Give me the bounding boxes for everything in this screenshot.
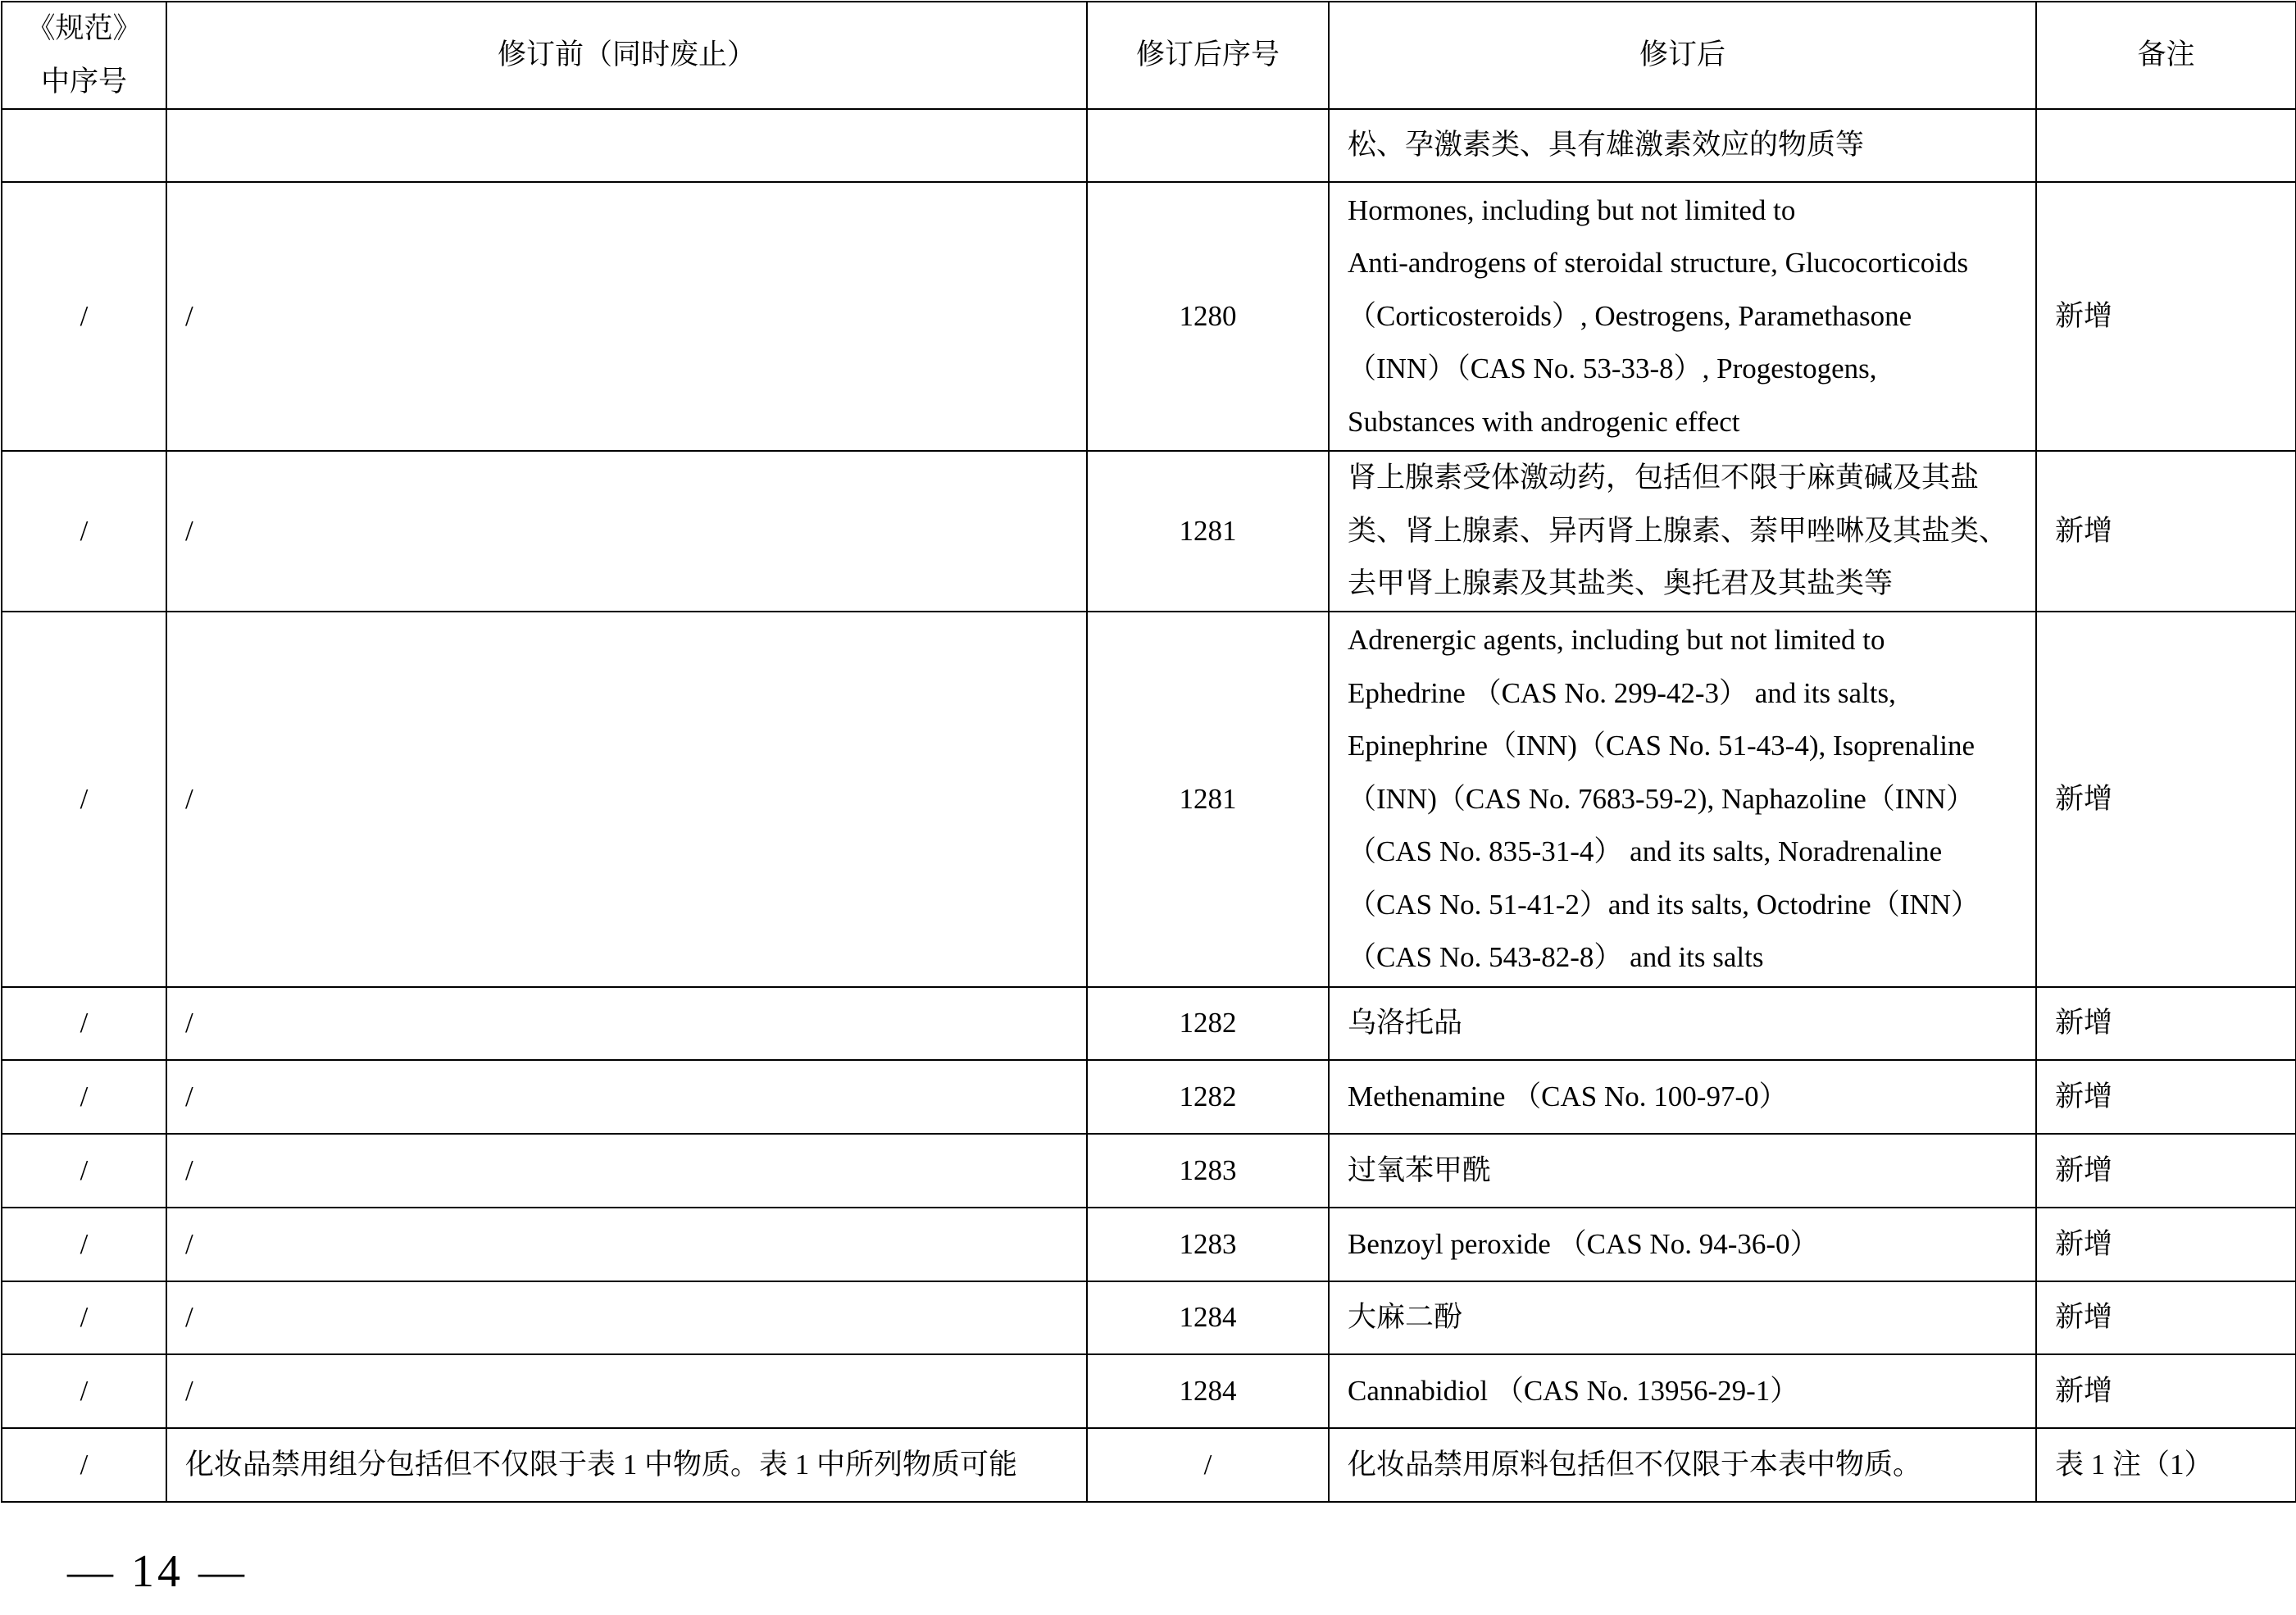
cell-after-line: 去甲肾上腺素及其盐类、奥托君及其盐类等	[1348, 557, 2017, 611]
cell-after-line: 乌洛托品	[1348, 997, 2017, 1050]
cell-new-no: 1282	[1087, 1060, 1329, 1134]
cell-orig-no: /	[2, 987, 166, 1060]
table-row: //1282乌洛托品新增	[2, 987, 2296, 1060]
cell-new-no: 1282	[1087, 987, 1329, 1060]
cell-note: 新增	[2036, 612, 2296, 987]
header-orig-no-line1: 《规范》	[20, 2, 148, 56]
cell-new-no: 1283	[1087, 1208, 1329, 1281]
cell-after-line: （CAS No. 51-41-2）and its salts, Octodrin…	[1348, 879, 2017, 932]
cell-after-line: 类、肾上腺素、异丙肾上腺素、萘甲唑啉及其盐类、	[1348, 505, 2017, 558]
cell-before: /	[166, 1208, 1087, 1281]
cell-note: 新增	[2036, 1134, 2296, 1208]
cell-new-no: 1281	[1087, 612, 1329, 987]
cell-note: 表 1 注（1）	[2036, 1428, 2296, 1502]
cell-orig-no: /	[2, 612, 166, 987]
cell-after-line: Ephedrine （CAS No. 299-42-3） and its sal…	[1348, 667, 2017, 721]
cell-note	[2036, 109, 2296, 182]
table-row: //1281Adrenergic agents, including but n…	[2, 612, 2296, 987]
table-row: //1283过氧苯甲酰新增	[2, 1134, 2296, 1208]
cell-after: Adrenergic agents, including but not lim…	[1329, 612, 2036, 987]
cell-before: /	[166, 451, 1087, 612]
cell-after-line: 肾上腺素受体激动药，包括但不限于麻黄碱及其盐	[1348, 452, 2017, 505]
table-header-row: 《规范》 中序号 修订前（同时废止） 修订后序号 修订后 备注	[2, 2, 2296, 109]
cell-after-line: 松、孕激素类、具有雄激素效应的物质等	[1348, 119, 2017, 172]
cell-after: 松、孕激素类、具有雄激素效应的物质等	[1329, 109, 2036, 182]
cell-new-no	[1087, 109, 1329, 182]
table-row: //1284大麻二酚新增	[2, 1281, 2296, 1354]
cell-after-line: 化妆品禁用原料包括但不仅限于本表中物质。	[1348, 1439, 2017, 1492]
cell-after-line: 过氧苯甲酰	[1348, 1144, 2017, 1198]
cell-new-no: 1284	[1087, 1354, 1329, 1428]
cell-note: 新增	[2036, 1208, 2296, 1281]
page-number: — 14 —	[67, 1545, 248, 1598]
cell-before: /	[166, 612, 1087, 987]
table-body: 松、孕激素类、具有雄激素效应的物质等//1280Hormones, includ…	[2, 109, 2296, 1502]
cell-after-line: （CAS No. 543-82-8） and its salts	[1348, 931, 2017, 985]
table-row: //1283Benzoyl peroxide （CAS No. 94-36-0）…	[2, 1208, 2296, 1281]
cell-before: /	[166, 1134, 1087, 1208]
cell-after-line: Adrenergic agents, including but not lim…	[1348, 614, 2017, 667]
cell-after-line: Substances with androgenic effect	[1348, 396, 2017, 449]
table-row: //1281肾上腺素受体激动药，包括但不限于麻黄碱及其盐类、肾上腺素、异丙肾上腺…	[2, 451, 2296, 612]
cell-after: 乌洛托品	[1329, 987, 2036, 1060]
cell-orig-no	[2, 109, 166, 182]
cell-after: Hormones, including but not limited toAn…	[1329, 182, 2036, 451]
table-row: //1282Methenamine （CAS No. 100-97-0）新增	[2, 1060, 2296, 1134]
cell-orig-no: /	[2, 1281, 166, 1354]
cell-new-no: 1280	[1087, 182, 1329, 451]
cell-orig-no: /	[2, 1134, 166, 1208]
cell-note: 新增	[2036, 1060, 2296, 1134]
header-note: 备注	[2036, 2, 2296, 109]
cell-after: 过氧苯甲酰	[1329, 1134, 2036, 1208]
cell-before: /	[166, 182, 1087, 451]
cell-after-line: （INN）（CAS No. 53-33-8）, Progestogens,	[1348, 343, 2017, 396]
cell-note: 新增	[2036, 1354, 2296, 1428]
cell-before: /	[166, 1060, 1087, 1134]
cell-orig-no: /	[2, 451, 166, 612]
cell-note: 新增	[2036, 1281, 2296, 1354]
cell-new-no: 1281	[1087, 451, 1329, 612]
cell-before: /	[166, 1281, 1087, 1354]
cell-after-line: 大麻二酚	[1348, 1291, 2017, 1344]
header-new-no: 修订后序号	[1087, 2, 1329, 109]
cell-after: 化妆品禁用原料包括但不仅限于本表中物质。	[1329, 1428, 2036, 1502]
cell-after-line: （Corticosteroids）, Oestrogens, Parametha…	[1348, 290, 2017, 343]
cell-before: 化妆品禁用组分包括但不仅限于表 1 中物质。表 1 中所列物质可能	[166, 1428, 1087, 1502]
table-row: /化妆品禁用组分包括但不仅限于表 1 中物质。表 1 中所列物质可能/化妆品禁用…	[2, 1428, 2296, 1502]
cell-after-line: Methenamine （CAS No. 100-97-0）	[1348, 1071, 2017, 1124]
cell-note: 新增	[2036, 987, 2296, 1060]
cell-new-no: 1284	[1087, 1281, 1329, 1354]
cell-before: /	[166, 987, 1087, 1060]
cell-after: Methenamine （CAS No. 100-97-0）	[1329, 1060, 2036, 1134]
cell-after: 肾上腺素受体激动药，包括但不限于麻黄碱及其盐类、肾上腺素、异丙肾上腺素、萘甲唑啉…	[1329, 451, 2036, 612]
cell-note: 新增	[2036, 451, 2296, 612]
cell-orig-no: /	[2, 1354, 166, 1428]
cell-after: Benzoyl peroxide （CAS No. 94-36-0）	[1329, 1208, 2036, 1281]
cell-before: /	[166, 1354, 1087, 1428]
cell-after-line: （CAS No. 835-31-4） and its salts, Noradr…	[1348, 826, 2017, 879]
cell-orig-no: /	[2, 1208, 166, 1281]
cell-after-line: Anti-androgens of steroidal structure, G…	[1348, 237, 2017, 290]
table-row: 松、孕激素类、具有雄激素效应的物质等	[2, 109, 2296, 182]
cell-after-line: Hormones, including but not limited to	[1348, 184, 2017, 238]
cell-before	[166, 109, 1087, 182]
header-orig-no: 《规范》 中序号	[2, 2, 166, 109]
header-orig-no-line2: 中序号	[20, 56, 148, 109]
header-after: 修订后	[1329, 2, 2036, 109]
cell-after-line: Epinephrine（INN)（CAS No. 51-43-4), Isopr…	[1348, 720, 2017, 773]
cell-after-line: （INN)（CAS No. 7683-59-2), Naphazoline（IN…	[1348, 773, 2017, 826]
cell-note: 新增	[2036, 182, 2296, 451]
cell-after-line: Benzoyl peroxide （CAS No. 94-36-0）	[1348, 1218, 2017, 1272]
table-row: //1280Hormones, including but not limite…	[2, 182, 2296, 451]
cell-orig-no: /	[2, 1060, 166, 1134]
cell-after: 大麻二酚	[1329, 1281, 2036, 1354]
cell-after-line: Cannabidiol （CAS No. 13956-29-1）	[1348, 1365, 2017, 1418]
cell-after: Cannabidiol （CAS No. 13956-29-1）	[1329, 1354, 2036, 1428]
table-row: //1284Cannabidiol （CAS No. 13956-29-1）新增	[2, 1354, 2296, 1428]
cell-new-no: 1283	[1087, 1134, 1329, 1208]
cell-orig-no: /	[2, 182, 166, 451]
cell-orig-no: /	[2, 1428, 166, 1502]
cell-new-no: /	[1087, 1428, 1329, 1502]
header-before: 修订前（同时废止）	[166, 2, 1087, 109]
revision-table: 《规范》 中序号 修订前（同时废止） 修订后序号 修订后 备注 松、孕激素类、具…	[1, 1, 2296, 1503]
